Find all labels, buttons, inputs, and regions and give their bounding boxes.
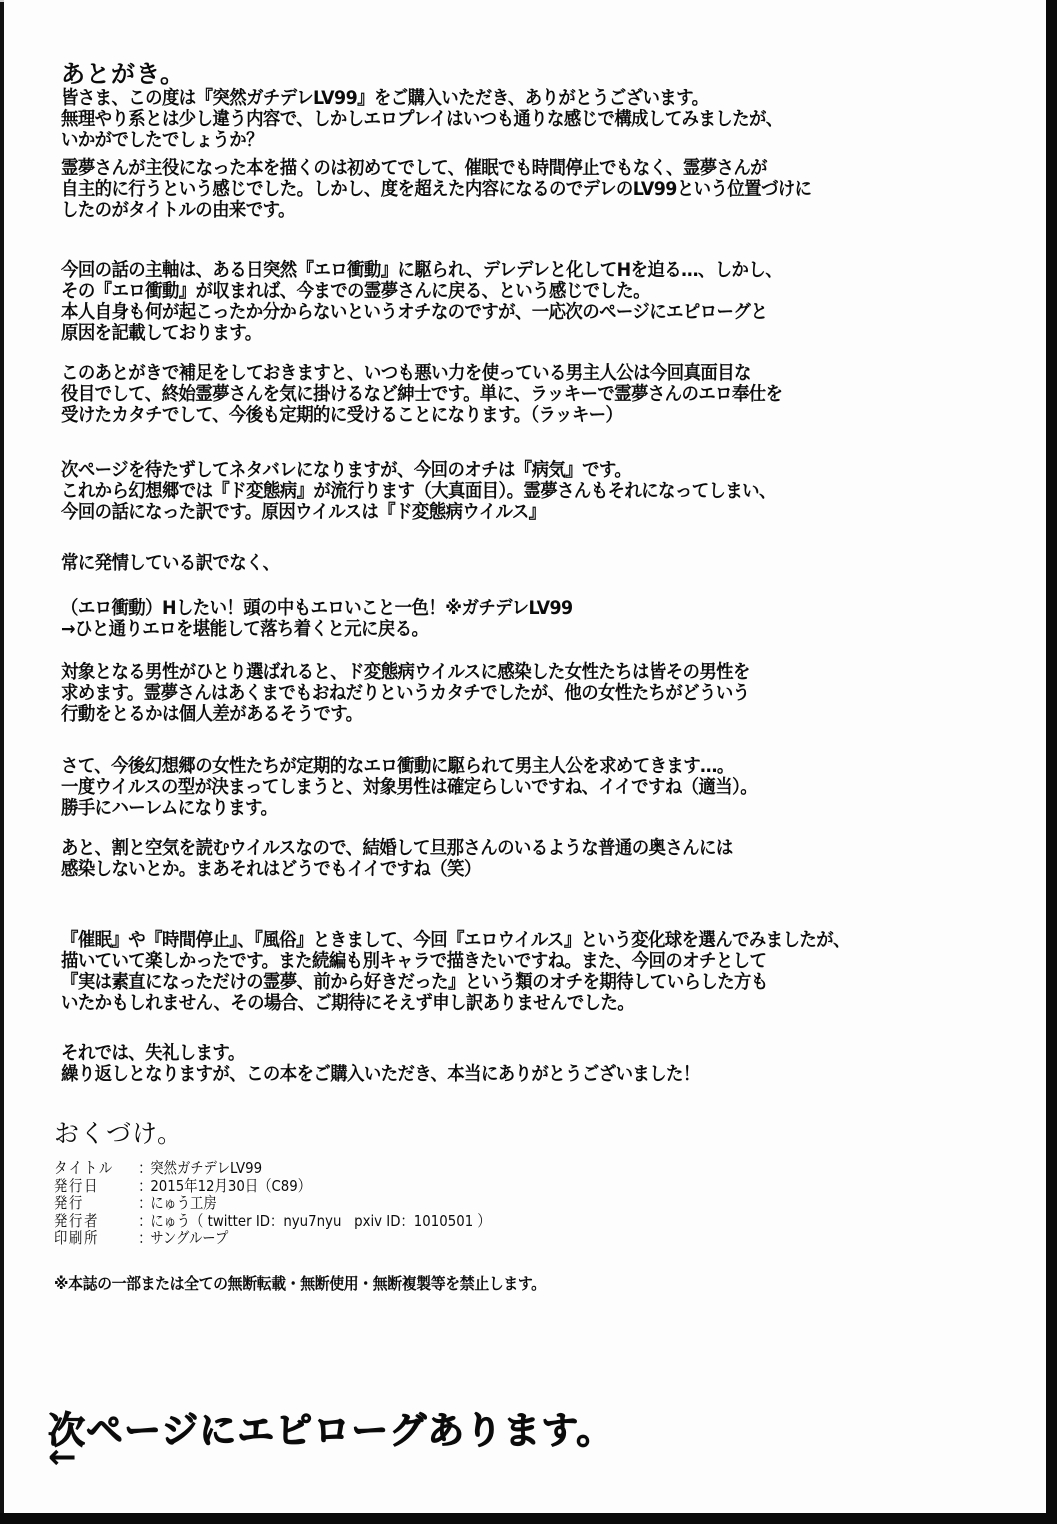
- colophon-row-date: 発行日：2015年12月30日（C89）: [54, 1178, 491, 1196]
- colophon-row-printer: 印刷所：サングループ: [54, 1230, 491, 1248]
- afterword-paragraph-6: 常に発情している訳でなく、: [61, 553, 926, 574]
- afterword-paragraph-11: 『催眠』や『時間停止』、『風俗』ときまして、今回『エロウイルス』という変化球を選…: [61, 930, 926, 1014]
- document-page: あとがき。 皆さま、この度は『突然ガチデレLV99』をご購入いただき、ありがとう…: [4, 0, 1046, 1513]
- colophon-label: 発行日: [54, 1178, 138, 1196]
- colophon-value: 2015年12月30日（C89）: [150, 1178, 311, 1196]
- colophon-row-title: タイトル：突然ガチデレLV99: [54, 1160, 491, 1178]
- colophon-value: サングループ: [150, 1230, 228, 1248]
- arrow-left-icon: ←: [48, 1440, 77, 1474]
- afterword-title: あとがき。: [61, 54, 185, 89]
- afterword-paragraph-7: （エロ衝動）Hしたい！頭の中もエロいこと一色！※ガチデレLV99 →ひと通りエロ…: [61, 598, 926, 640]
- colophon-title: おくづけ。: [54, 1114, 183, 1150]
- colophon-value: にゅう（ twitter ID：nyu7nyu pxiv ID：1010501 …: [150, 1213, 490, 1231]
- colophon-label: 発行: [54, 1195, 138, 1213]
- colophon-list: タイトル：突然ガチデレLV99 発行日：2015年12月30日（C89） 発行：…: [54, 1160, 491, 1248]
- afterword-paragraph-2: 霊夢さんが主役になった本を描くのは初めてでして、催眠でも時間停止でもなく、霊夢さ…: [61, 158, 926, 221]
- colophon-value: 突然ガチデレLV99: [150, 1160, 262, 1178]
- colophon-separator: ：: [138, 1213, 150, 1231]
- afterword-paragraph-1: 皆さま、この度は『突然ガチデレLV99』をご購入いただき、ありがとうございます。…: [61, 88, 926, 151]
- scan-border-right: [1046, 0, 1057, 1524]
- copyright-notice: ※本誌の一部または全ての無断転載・無断使用・無断複製等を禁止します。: [54, 1271, 546, 1294]
- colophon-row-publisher: 発行：にゅう工房: [54, 1195, 491, 1213]
- colophon-separator: ：: [138, 1178, 150, 1196]
- colophon-separator: ：: [138, 1195, 150, 1213]
- afterword-paragraph-10: あと、割と空気を読むウイルスなので、結婚して旦那さんのいるような普通の奥さんには…: [61, 838, 926, 880]
- colophon-value: にゅう工房: [150, 1195, 216, 1213]
- afterword-paragraph-5: 次ページを待たずしてネタバレになりますが、今回のオチは『病気』です。 これから幻…: [61, 460, 926, 523]
- scan-border-bottom: [0, 1513, 1057, 1524]
- afterword-paragraph-3: 今回の話の主軸は、ある日突然『エロ衝動』に駆られ、デレデレと化してHを迫る…、し…: [61, 260, 926, 344]
- colophon-label: 印刷所: [54, 1230, 138, 1248]
- colophon-label: 発行者: [54, 1213, 138, 1231]
- afterword-paragraph-8: 対象となる男性がひとり選ばれると、ド変態病ウイルスに感染した女性たちは皆その男性…: [61, 662, 926, 725]
- next-page-heading: 次ページにエピローグあります。: [48, 1400, 614, 1454]
- afterword-paragraph-4: このあとがきで補足をしておきますと、いつも悪い力を使っている男主人公は今回真面目…: [61, 363, 926, 426]
- colophon-label: タイトル: [54, 1160, 138, 1178]
- colophon-separator: ：: [138, 1230, 150, 1248]
- afterword-paragraph-9: さて、今後幻想郷の女性たちが定期的なエロ衝動に駆られて男主人公を求めてきます…。…: [61, 756, 926, 819]
- colophon-row-author: 発行者：にゅう（ twitter ID：nyu7nyu pxiv ID：1010…: [54, 1213, 491, 1231]
- colophon-separator: ：: [138, 1160, 150, 1178]
- afterword-paragraph-12: それでは、失礼します。 繰り返しとなりますが、この本をご購入いただき、本当にあり…: [61, 1043, 926, 1085]
